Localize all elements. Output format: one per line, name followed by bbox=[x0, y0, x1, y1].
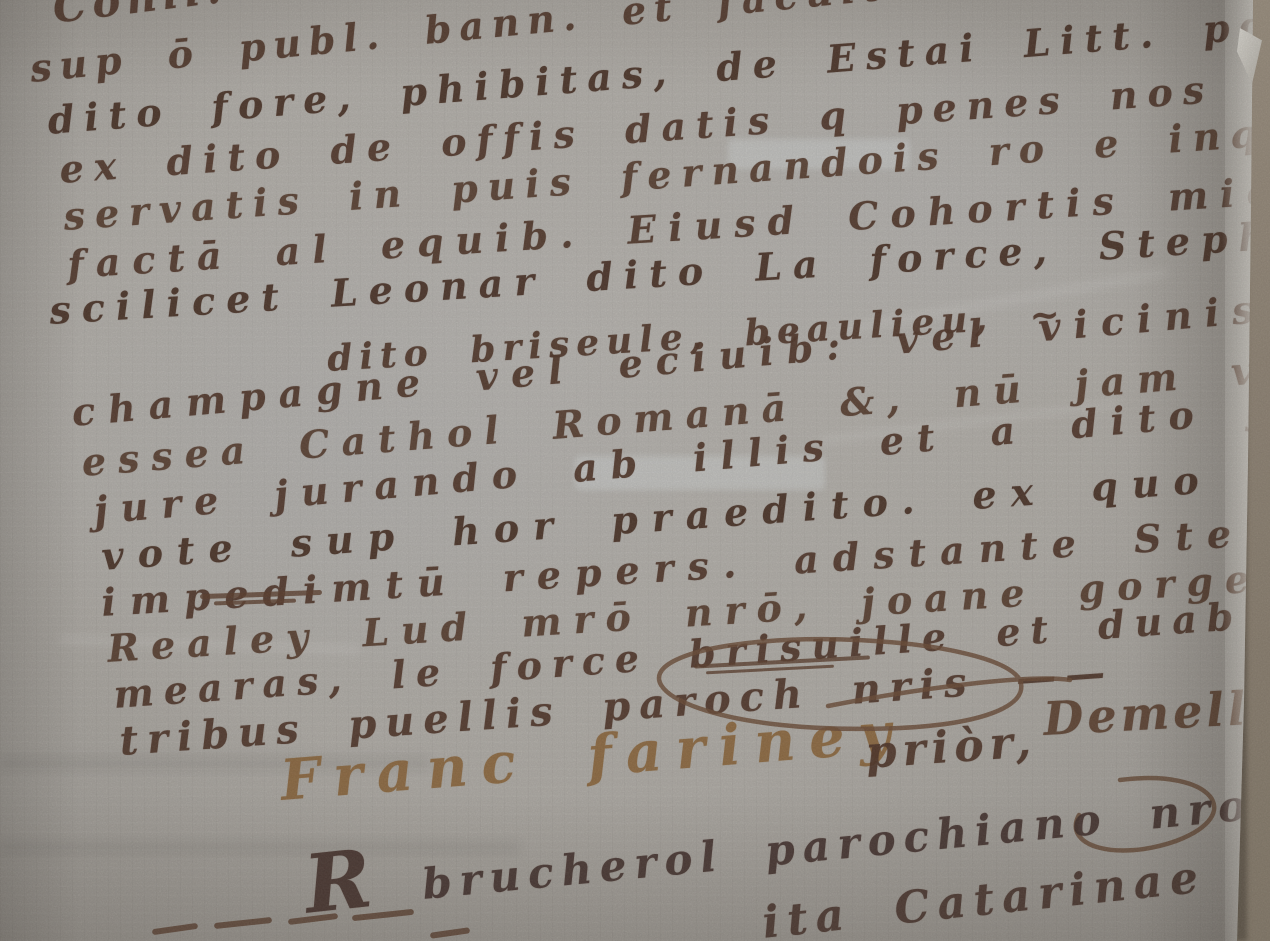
photo-vignette bbox=[0, 0, 1270, 941]
manuscript-page: Conil. Trident. sup ō publ. bann. et fac… bbox=[0, 0, 1270, 941]
manuscript-photograph: Conil. Trident. sup ō publ. bann. et fac… bbox=[0, 0, 1270, 941]
